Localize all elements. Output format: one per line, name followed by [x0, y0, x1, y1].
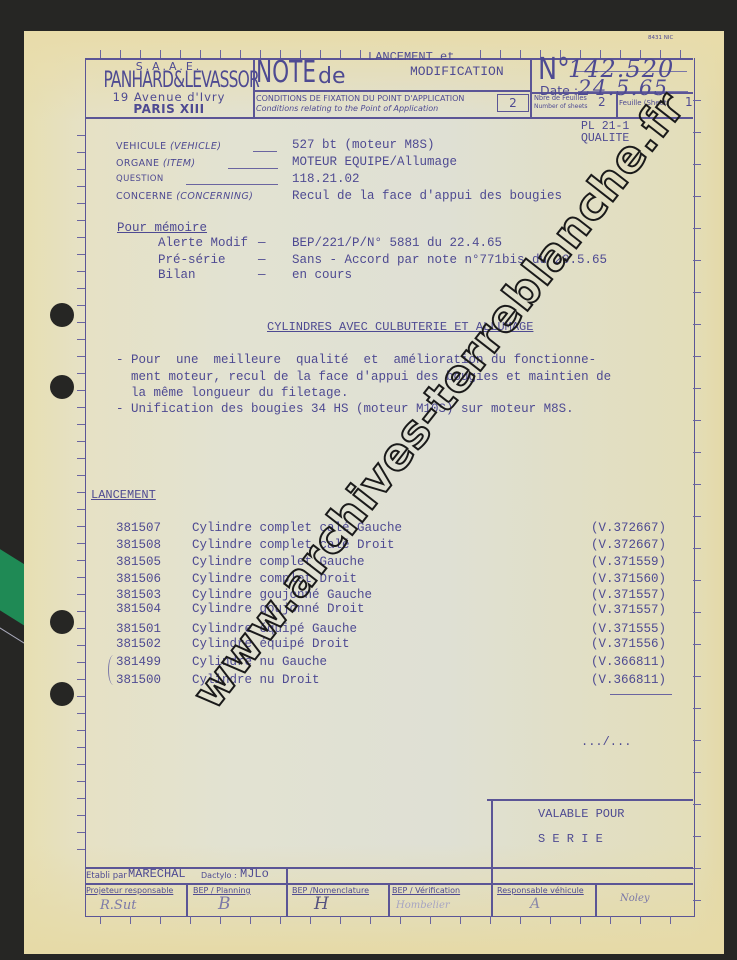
- footer-divider: [595, 883, 597, 916]
- field-label-vehicule: VEHICULE (VEHICLE): [116, 141, 221, 152]
- memo-label: Bilan: [158, 268, 196, 282]
- item-ref: (V.371560): [591, 572, 666, 586]
- field-value-concerne: Recul de la face d'appui des bougies: [292, 189, 562, 203]
- conditions-value: 2: [497, 94, 529, 112]
- item-ref: (V.371557): [591, 588, 666, 602]
- form-code: 8431 NIC: [648, 35, 673, 41]
- signature: B: [218, 894, 231, 914]
- memo-heading: Pour mémoire: [117, 221, 207, 235]
- item-ref: (V.371556): [591, 637, 666, 651]
- item-ref: (V.371557): [591, 603, 666, 617]
- item-code: 381501: [116, 622, 161, 636]
- note-title: NOTE: [256, 55, 316, 90]
- lancement-heading: LANCEMENT: [91, 488, 156, 502]
- signature-label: Responsable véhicule: [497, 886, 584, 895]
- body-line: - Pour une meilleure qualité et améliora…: [116, 353, 596, 367]
- item-code: 381502: [116, 637, 161, 651]
- conditions-label-fr: CONDITIONS DE FIXATION DU POINT D'APPLIC…: [256, 94, 464, 103]
- header-rule: [253, 90, 530, 92]
- field-label-concerne: CONCERNE (CONCERNING): [116, 191, 253, 202]
- validity-value: S E R I E: [538, 832, 603, 846]
- header-bottom-rule: [85, 117, 693, 119]
- item-code: 381506: [116, 572, 161, 586]
- dactylo-label: Dactylo :: [201, 871, 237, 880]
- header-divider: [530, 58, 532, 117]
- punch-hole: [50, 303, 74, 327]
- item-code: 381503: [116, 588, 161, 602]
- item-code: 381505: [116, 555, 161, 569]
- item-ref: (V.372667): [591, 538, 666, 552]
- handwritten-underline: [610, 694, 672, 695]
- note-type-line2: MODIFICATION: [410, 64, 504, 79]
- item-code: 381499: [116, 655, 161, 669]
- etabli-value: MARECHAL: [128, 867, 186, 881]
- item-code: 381507: [116, 521, 161, 535]
- item-ref: (V.366811): [591, 655, 666, 669]
- item-ref: (V.371559): [591, 555, 666, 569]
- signature: H: [314, 894, 329, 914]
- sheet-count-label-fr: Nbre de Feuilles: [534, 94, 587, 102]
- continued-mark: .../...: [581, 735, 631, 749]
- signature-label: BEP / Vérification: [392, 886, 460, 895]
- body-line: - Unification des bougies 34 HS (moteur …: [116, 402, 574, 416]
- footer-divider: [388, 883, 390, 916]
- item-code: 381504: [116, 602, 161, 616]
- signature: R.Sut: [100, 898, 136, 913]
- punch-hole: [50, 610, 74, 634]
- field-label-question: QUESTION: [116, 174, 164, 184]
- body-line: la même longueur du filetage.: [116, 386, 349, 400]
- sheet-count-label-en: Number of sheets: [534, 103, 588, 110]
- etabli-label: Etabli par: [86, 871, 127, 881]
- signature: Noley: [620, 893, 650, 904]
- punch-hole: [50, 682, 74, 706]
- field-value-question: 118.21.02: [292, 172, 360, 186]
- bracket-mark: [108, 655, 119, 685]
- sheet-count: 2: [598, 95, 606, 109]
- validity-label: VALABLE POUR: [538, 807, 624, 821]
- number-label: N°: [538, 52, 570, 87]
- memo-label: Pré-série: [158, 253, 226, 267]
- footer-divider: [491, 867, 493, 916]
- footer-divider: [286, 867, 288, 883]
- memo-value: en cours: [292, 268, 352, 282]
- item-ref: (V.366811): [591, 673, 666, 687]
- memo-value: BEP/221/P/N° 5881 du 22.4.65: [292, 236, 502, 250]
- field-label-organe: ORGANE (ITEM): [116, 158, 196, 169]
- item-ref: (V.372667): [591, 521, 666, 535]
- signature-label: BEP /Nomenclature: [292, 886, 369, 895]
- signature: Hombelier: [396, 900, 450, 911]
- validity-top: [487, 799, 693, 801]
- note-type-line1: LANCEMENT et: [368, 50, 454, 64]
- memo-label: Alerte Modif: [158, 236, 248, 250]
- conditions-label-en: Conditions relating to the Point of Appl…: [256, 104, 438, 113]
- dactylo-value: MJLo: [240, 867, 269, 881]
- body-line: ment moteur, recul de la face d'appui de…: [116, 370, 611, 384]
- note-de: de: [318, 64, 346, 89]
- company-city: PARIS XIII: [85, 102, 253, 116]
- field-value-organe: MOTEUR EQUIPE/Allumage: [292, 155, 457, 169]
- field-value-vehicule: 527 bt (moteur M8S): [292, 138, 435, 152]
- footer-divider: [286, 883, 288, 916]
- footer-divider: [186, 883, 188, 916]
- item-ref: (V.371555): [591, 622, 666, 636]
- punch-hole: [50, 375, 74, 399]
- validity-left: [491, 799, 493, 867]
- signature-label: Projeteur responsable: [86, 886, 173, 895]
- item-code: 381500: [116, 673, 161, 687]
- signature: A: [530, 896, 540, 912]
- item-code: 381508: [116, 538, 161, 552]
